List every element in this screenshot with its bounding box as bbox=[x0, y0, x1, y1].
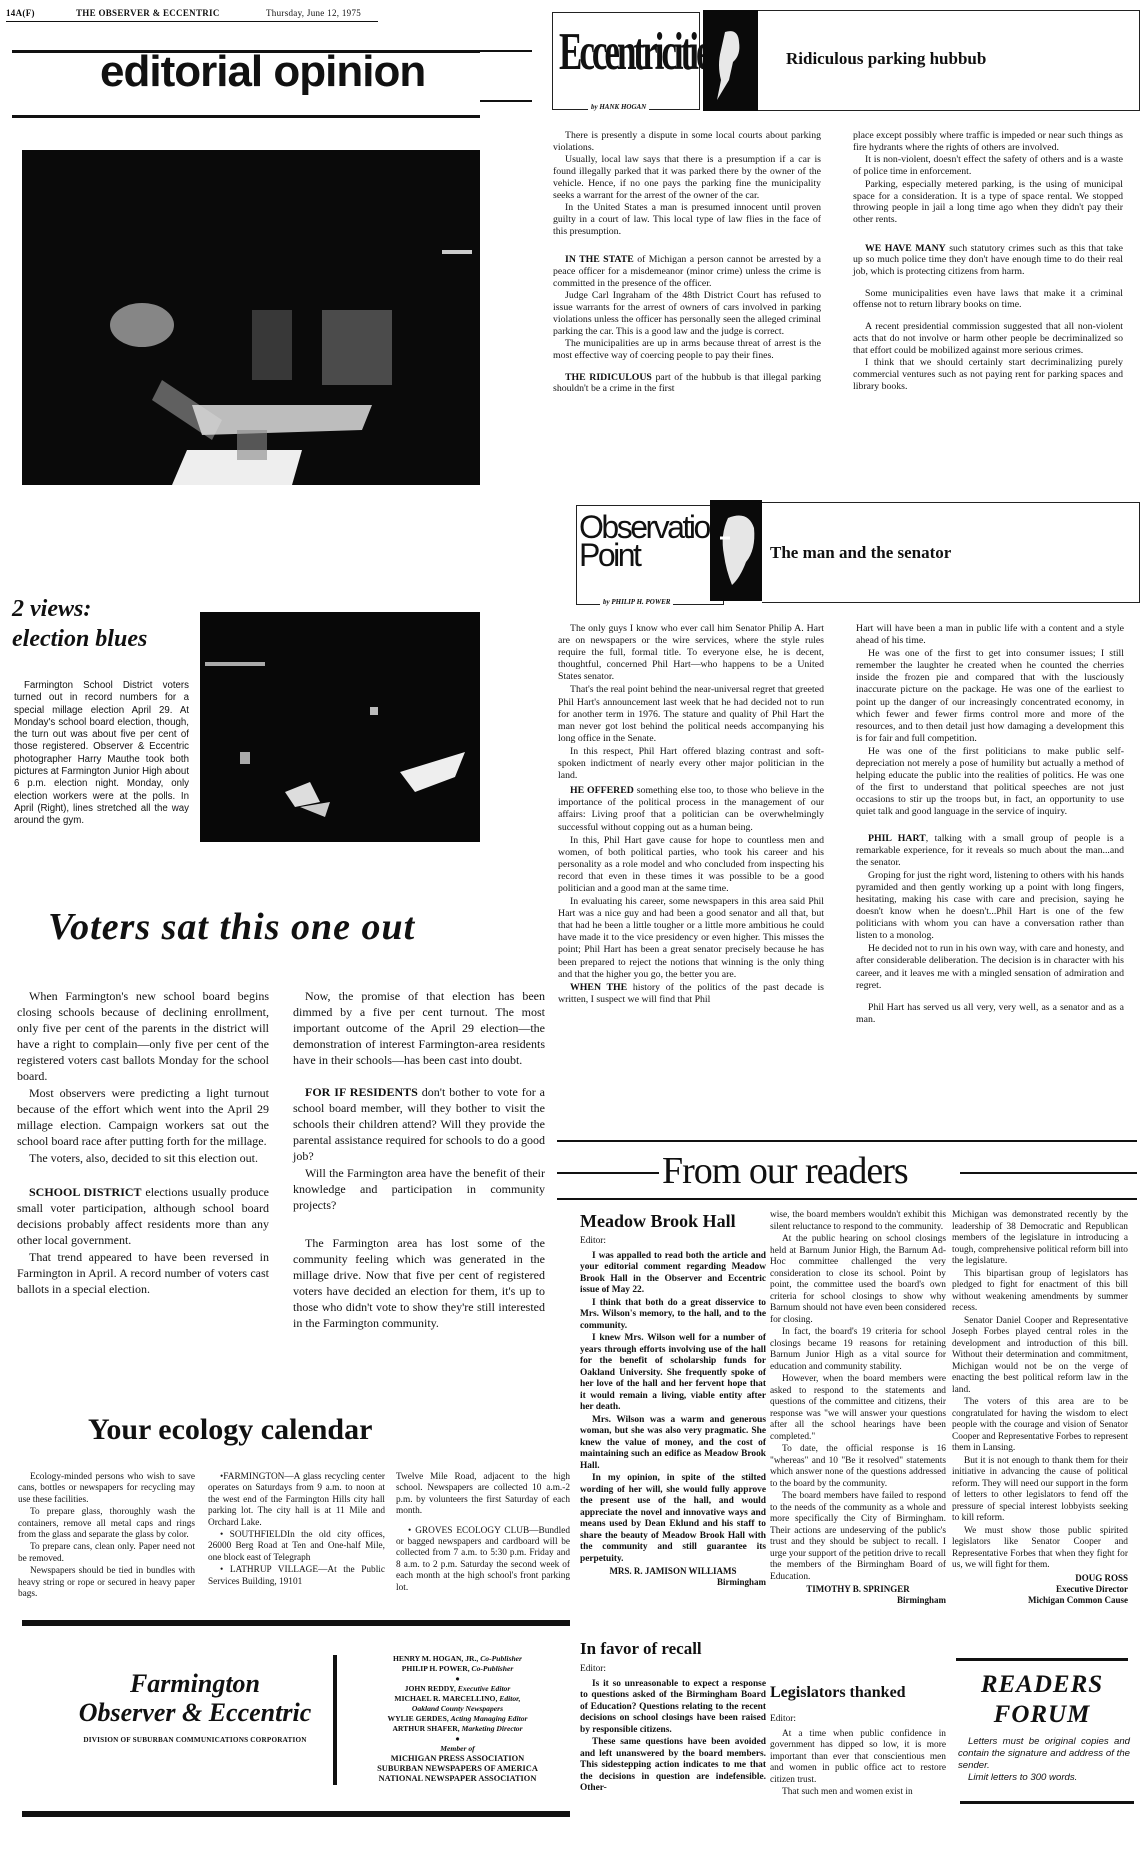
paragraph: • SOUTHFIELDIn the old city offices, 260… bbox=[208, 1530, 385, 1564]
eccentricities-logo: Eccentricities bbox=[559, 27, 719, 78]
masthead-bottom-rule bbox=[22, 1811, 570, 1817]
paragraph: He was one of the first politicians to m… bbox=[856, 746, 1124, 819]
letter-headline: Legislators thanked bbox=[770, 1682, 946, 1704]
paragraph: I think that we should certainly start d… bbox=[853, 357, 1123, 392]
paragraph: Senator Daniel Cooper and Representative… bbox=[952, 1316, 1128, 1397]
paragraph: To prepare glass, thoroughly wash the co… bbox=[18, 1507, 195, 1541]
paper-name: THE OBSERVER & ECCENTRIC bbox=[76, 8, 220, 18]
observation-headline-box: The man and the senator bbox=[762, 502, 1140, 603]
readers-top-rule bbox=[557, 1140, 1137, 1142]
photo-image bbox=[22, 150, 480, 485]
paragraph: In my opinion, in spite of the stilted w… bbox=[580, 1473, 766, 1565]
photo-polling-gym bbox=[200, 612, 480, 842]
eccentricities-side-rule-2 bbox=[480, 100, 532, 102]
observation-logo-box: Observation Point bbox=[576, 505, 724, 605]
letter-headline: In favor of recall bbox=[580, 1638, 766, 1660]
paragraph: Michigan was demonstrated recently by th… bbox=[952, 1210, 1128, 1268]
paragraph: Most observers were predicting a light t… bbox=[17, 1085, 269, 1149]
letter-meadow-brook: Meadow Brook Hall Editor: I was appalled… bbox=[580, 1210, 766, 1588]
editorial-column-1: When Farmington's new school board begin… bbox=[17, 988, 269, 1298]
ecology-bottom-rule bbox=[22, 1620, 570, 1626]
forum-word-limit: Limit letters to 300 words. bbox=[968, 1772, 1077, 1783]
masthead-staff: HENRY M. HOGAN, JR., Co-Publisher PHILIP… bbox=[345, 1654, 570, 1784]
nameplate-line2: Observer & Eccentric bbox=[30, 1698, 360, 1728]
columnist-portrait-power bbox=[710, 500, 762, 601]
paragraph: PHIL HART, talking with a small group of… bbox=[856, 833, 1124, 869]
folio-line: 14A(F) THE OBSERVER & ECCENTRIC Thursday… bbox=[6, 8, 378, 22]
paragraph: Some municipalities even have laws that … bbox=[853, 288, 1123, 311]
paragraph: Judge Carl Ingraham of the 48th District… bbox=[553, 290, 821, 337]
readers-left-dash bbox=[557, 1172, 659, 1174]
paragraph: This bipartisan group of legislators has… bbox=[952, 1269, 1128, 1315]
eccentricities-logo-box: Eccentricities bbox=[552, 12, 700, 110]
paragraph: The voters of this area are to be congra… bbox=[952, 1397, 1128, 1455]
paragraph: Ecology-minded persons who wish to save … bbox=[18, 1472, 195, 1506]
lead-in: IN THE STATE bbox=[565, 254, 634, 265]
lead-in: PHIL HART bbox=[868, 833, 926, 844]
paragraph: The only guys I know who ever call him S… bbox=[558, 623, 824, 683]
paragraph: Groping for just the right word, listeni… bbox=[856, 870, 1124, 943]
paragraph: I think that both do a great disservice … bbox=[580, 1298, 766, 1333]
paragraph: To date, the official response is 16 "wh… bbox=[770, 1444, 946, 1490]
paragraph: FOR IF RESIDENTS don't bother to vote fo… bbox=[293, 1084, 545, 1164]
ecology-column-1: Ecology-minded persons who wish to save … bbox=[18, 1472, 195, 1601]
forum-title-line1: READERS bbox=[956, 1670, 1128, 1700]
paragraph: That trend appeared to have been reverse… bbox=[17, 1249, 269, 1297]
paragraph: In this, Phil Hart gave cause for hope t… bbox=[558, 835, 824, 895]
lead-in: WE HAVE MANY bbox=[865, 243, 946, 254]
association: NATIONAL NEWSPAPER ASSOCIATION bbox=[345, 1774, 570, 1784]
observation-column-2: Hart will have been a man in public life… bbox=[856, 623, 1124, 1027]
eccentricities-byline: by HANK HOGAN bbox=[588, 103, 649, 111]
masthead-nameplate: Farmington Observer & Eccentric DIVISION… bbox=[30, 1670, 360, 1744]
paragraph: Hart will have been a man in public life… bbox=[856, 623, 1124, 647]
paragraph: •FARMINGTON—A glass recycling center ope… bbox=[208, 1472, 385, 1529]
ecology-column-2: •FARMINGTON—A glass recycling center ope… bbox=[208, 1472, 385, 1589]
columnist-portrait-hogan bbox=[703, 10, 758, 111]
nameplate-line1: Farmington bbox=[30, 1670, 360, 1698]
staff-entry: HENRY M. HOGAN, JR., Co-Publisher bbox=[345, 1654, 570, 1664]
paragraph: Newspapers should be tied in bundles wit… bbox=[18, 1566, 195, 1600]
paragraph: A recent presidential commission suggest… bbox=[853, 321, 1123, 356]
eccentricities-column-1: There is presently a dispute in some loc… bbox=[553, 130, 821, 396]
letter-signature: TIMOTHY B. SPRINGER bbox=[770, 1584, 946, 1595]
letter-location: Birmingham bbox=[770, 1595, 946, 1606]
paragraph: The voters, also, decided to sit this el… bbox=[17, 1150, 269, 1166]
signer-title: Executive Director bbox=[952, 1584, 1128, 1595]
forum-title-line2: FORUM bbox=[956, 1700, 1128, 1730]
readers-right-dash bbox=[960, 1172, 1137, 1174]
paragraph: When Farmington's new school board begin… bbox=[17, 988, 269, 1084]
division-line: DIVISION OF SUBURBAN COMMUNICATIONS CORP… bbox=[30, 1736, 360, 1744]
issue-date: Thursday, June 12, 1975 bbox=[266, 8, 361, 18]
readers-bottom-rule bbox=[557, 1198, 1137, 1200]
portrait-image bbox=[710, 500, 762, 601]
paragraph: The Farmington area has lost some of the… bbox=[293, 1235, 545, 1331]
paragraph: Phil Hart has served us all very, very w… bbox=[856, 1002, 1124, 1026]
salutation: Editor: bbox=[580, 1236, 766, 1248]
paragraph: Now, the promise of that election has be… bbox=[293, 988, 545, 1068]
paragraph: • LATHRUP VILLAGE—At the Public Services… bbox=[208, 1565, 385, 1588]
eccentricities-headline-box: Ridiculous parking hubbub bbox=[758, 10, 1140, 111]
forum-bottom-rule bbox=[960, 1801, 1134, 1804]
photo-election-worker bbox=[22, 150, 480, 485]
photo-image bbox=[200, 612, 480, 842]
letter-signature: DOUG ROSS bbox=[952, 1573, 1128, 1584]
readers-forum-title: READERS FORUM bbox=[956, 1670, 1128, 1730]
staff-entry: MICHAEL R. MARCELLINO, Editor, bbox=[345, 1694, 570, 1704]
portrait-image bbox=[703, 10, 758, 111]
paragraph: He decided not to run in his own way, wi… bbox=[856, 943, 1124, 991]
paragraph: WE HAVE MANY such statutory crimes such … bbox=[853, 243, 1123, 278]
paragraph: He was one of the first to get into cons… bbox=[856, 648, 1124, 745]
paragraph: place except possibly where traffic is i… bbox=[853, 130, 1123, 153]
forum-top-rule bbox=[956, 1658, 1128, 1661]
bullet-icon: ● bbox=[345, 1734, 570, 1744]
forum-rules: Letters must be original copies and cont… bbox=[958, 1736, 1130, 1772]
lead-in: SCHOOL DISTRICT bbox=[29, 1185, 142, 1199]
paragraph: I knew Mrs. Wilson well for a number of … bbox=[580, 1333, 766, 1414]
salutation: Editor: bbox=[580, 1664, 766, 1676]
staff-entry: Oakland County Newspapers bbox=[345, 1704, 570, 1714]
page-number: 14A(F) bbox=[6, 8, 35, 18]
staff-entry: ARTHUR SHAFER, Marketing Director bbox=[345, 1724, 570, 1734]
paragraph: At the public hearing on school closings… bbox=[770, 1234, 946, 1326]
paragraph: • GROVES ECOLOGY CLUB—Bundled or bagged … bbox=[396, 1526, 570, 1594]
paragraph: Usually, local law says that there is a … bbox=[553, 154, 821, 201]
paragraph: wise, the board members wouldn't exhibit… bbox=[770, 1210, 946, 1233]
paragraph: The board members have failed to respond… bbox=[770, 1491, 946, 1583]
paragraph: I was appalled to read both the article … bbox=[580, 1251, 766, 1297]
letter-headline: Meadow Brook Hall bbox=[580, 1210, 766, 1232]
association: SUBURBAN NEWSPAPERS OF AMERICA bbox=[345, 1764, 570, 1774]
section-title: editorial opinion bbox=[100, 47, 425, 97]
paragraph: SCHOOL DISTRICT elections usually produc… bbox=[17, 1184, 269, 1248]
photo-headline-line1: 2 views: bbox=[12, 594, 147, 624]
paragraph: In the United States a man is presumed i… bbox=[553, 202, 821, 237]
paragraph: However, when the board members were ask… bbox=[770, 1374, 946, 1443]
paragraph: We must show those public spirited legis… bbox=[952, 1526, 1128, 1572]
photo-headline-line2: election blues bbox=[12, 624, 147, 654]
editorial-headline: Voters sat this one out bbox=[48, 905, 415, 949]
letter-signature: MRS. R. JAMISON WILLIAMS bbox=[580, 1566, 766, 1577]
paragraph: To prepare cans, clean only. Paper need … bbox=[18, 1542, 195, 1565]
staff-entry: JOHN REDDY, Executive Editor bbox=[345, 1684, 570, 1694]
letter-recall-continued: wise, the board members wouldn't exhibit… bbox=[770, 1210, 946, 1606]
staff-entry: PHILIP H. POWER, Co-Publisher bbox=[345, 1664, 570, 1674]
paragraph: IN THE STATE of Michigan a person cannot… bbox=[553, 254, 821, 289]
ecology-headline: Your ecology calendar bbox=[88, 1412, 372, 1448]
editorial-column-2: Now, the promise of that election has be… bbox=[293, 988, 545, 1332]
paragraph: At a time when public confidence in gove… bbox=[770, 1729, 946, 1787]
salutation: Editor: bbox=[770, 1714, 946, 1726]
lead-in: FOR IF RESIDENTS bbox=[305, 1085, 418, 1099]
staff-entry: WYLIE GERDES, Acting Managing Editor bbox=[345, 1714, 570, 1724]
paragraph: Will the Farmington area have the benefi… bbox=[293, 1165, 545, 1213]
masthead-divider bbox=[333, 1655, 337, 1785]
photo-caption: Farmington School District voters turned… bbox=[14, 680, 189, 828]
paragraph: These same questions have been avoided a… bbox=[580, 1737, 766, 1795]
observation-logo-line2: Point bbox=[579, 540, 639, 570]
paragraph: That such men and women exist in bbox=[770, 1787, 946, 1799]
letter-legislators-continued: Michigan was demonstrated recently by th… bbox=[952, 1210, 1128, 1606]
paragraph: In evaluating his career, some newspaper… bbox=[558, 896, 824, 981]
paragraph: That's the real point behind the near-un… bbox=[558, 684, 824, 744]
observation-column-1: The only guys I know who ever call him S… bbox=[558, 623, 824, 1007]
paragraph: Mrs. Wilson was a warm and generous woma… bbox=[580, 1415, 766, 1473]
paragraph: WHEN THE history of the politics of the … bbox=[558, 982, 824, 1006]
photo-headline: 2 views: election blues bbox=[12, 594, 147, 654]
paragraph: In this respect, Phil Hart offered blazi… bbox=[558, 746, 824, 782]
paragraph: In fact, the board's 19 criteria for sch… bbox=[770, 1327, 946, 1373]
letter-legislators: Legislators thanked Editor: At a time wh… bbox=[770, 1682, 946, 1800]
paragraph: Is it so unreasonable to expect a respon… bbox=[580, 1679, 766, 1737]
signer-organization: Michigan Common Cause bbox=[952, 1595, 1128, 1606]
readers-banner: From our readers bbox=[662, 1148, 908, 1194]
paragraph: The municipalities are up in arms becaus… bbox=[553, 338, 821, 361]
association: MICHIGAN PRESS ASSOCIATION bbox=[345, 1754, 570, 1764]
lead-in: WHEN THE bbox=[570, 982, 627, 993]
eccentricities-side-rule bbox=[480, 50, 532, 52]
member-of-label: Member of bbox=[345, 1744, 570, 1754]
paragraph: HE OFFERED something else too, to those … bbox=[558, 785, 824, 833]
paragraph: Parking, especially metered parking, is … bbox=[853, 179, 1123, 226]
section-rule bbox=[12, 115, 480, 118]
paragraph: Twelve Mile Road, adjacent to the high s… bbox=[396, 1472, 570, 1518]
eccentricities-headline: Ridiculous parking hubbub bbox=[786, 49, 986, 69]
paragraph: There is presently a dispute in some loc… bbox=[553, 130, 821, 153]
lead-in: THE RIDICULOUS bbox=[565, 372, 652, 383]
observation-headline: The man and the senator bbox=[770, 543, 951, 563]
ecology-column-3: Twelve Mile Road, adjacent to the high s… bbox=[396, 1472, 570, 1595]
lead-in: HE OFFERED bbox=[570, 785, 634, 796]
eccentricities-column-2: place except possibly where traffic is i… bbox=[853, 130, 1123, 393]
letter-recall: In favor of recall Editor: Is it so unre… bbox=[580, 1638, 766, 1796]
paragraph: It is non-violent, doesn't effect the sa… bbox=[853, 154, 1123, 177]
bullet-icon: ● bbox=[345, 1674, 570, 1684]
paragraph: But it is not enough to thank them for t… bbox=[952, 1456, 1128, 1525]
paragraph: THE RIDICULOUS part of the hubbub is tha… bbox=[553, 372, 821, 395]
observation-byline: by PHILIP H. POWER bbox=[600, 598, 673, 606]
letter-location: Birmingham bbox=[580, 1577, 766, 1588]
